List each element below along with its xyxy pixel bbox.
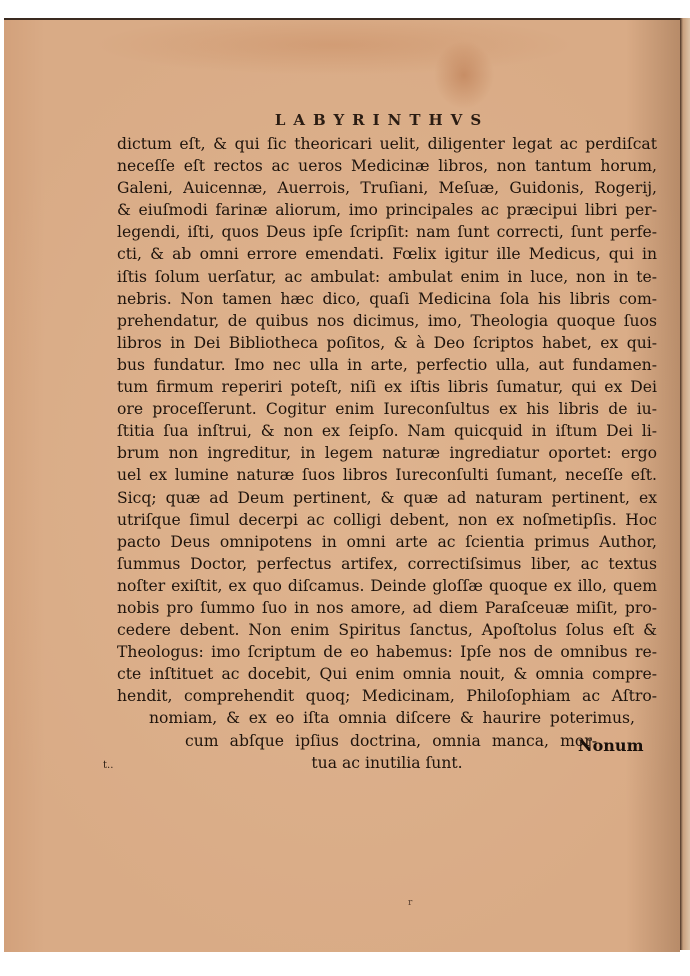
text-line-final: tua ac inutilia ſunt. (117, 752, 657, 774)
signature-mark: t.. (103, 760, 113, 771)
text-line: tum firmum reperiri poteſt, niſi ex iſti… (117, 376, 657, 398)
text-line: ſtitia ſua inſtrui, & non ex ſeipſo. Nam… (117, 420, 657, 442)
text-line: noſter exiſtit, ex quo diſcamus. Deinde … (117, 575, 657, 597)
text-line: brum non ingreditur, in legem naturæ ing… (117, 442, 657, 464)
body-text: dictum eſt, & qui ſic theoricari uelit, … (117, 133, 657, 774)
text-line: ore proceſſerunt. Cogitur enim Iureconſu… (117, 398, 657, 420)
text-line: Theologus: imo ſcriptum de eo habemus: I… (117, 641, 657, 663)
text-line: nebris. Non tamen hæc dico, quaſi Medici… (117, 288, 657, 310)
text-line: ſummus Doctor, perfectus artifex, correc… (117, 553, 657, 575)
text-line: utriſque ſimul decerpi ac colligi debent… (117, 509, 657, 531)
text-line: cedere debent. Non enim Spiritus ſanctus… (117, 619, 657, 641)
text-line-tapered: cum abſque ipſius doctrina, omnia manca,… (117, 730, 657, 752)
bottom-mark: r (408, 898, 412, 908)
catchword: Nonum (578, 736, 644, 755)
text-line: iſtis ſolum uerſatur, ac ambulat: ambula… (117, 266, 657, 288)
text-line: bus fundatur. Imo nec ulla in arte, perf… (117, 354, 657, 376)
text-line: Sicq; quæ ad Deum pertinent, & quæ ad na… (117, 487, 657, 509)
text-line: neceſſe eſt rectos ac ueros Medicinæ lib… (117, 155, 657, 177)
text-line: libros in Dei Bibliotheca poſitos, & à D… (117, 332, 657, 354)
text-line: cti, & ab omni errore emendati. Fœlix ig… (117, 243, 657, 265)
running-head: LABYRINTHVS (272, 111, 492, 129)
page-edge-gutter (680, 18, 690, 950)
text-line: cte inſtituet ac docebit, Qui enim omnia… (117, 663, 657, 685)
text-line: prehendatur, de quibus nos dicimus, imo,… (117, 310, 657, 332)
text-line: dictum eſt, & qui ſic theoricari uelit, … (117, 133, 657, 155)
text-line-tapered: nomiam, & ex eo iſta omnia diſcere & hau… (117, 707, 657, 729)
text-line: legendi, iſti, quos Deus ipſe ſcripſit: … (117, 221, 657, 243)
text-line: pacto Deus omnipotens in omni arte ac ſc… (117, 531, 657, 553)
text-line: Galeni, Auicennæ, Auerrois, Truſiani, Me… (117, 177, 657, 199)
text-line: uel ex lumine naturæ ſuos libros Iurecon… (117, 464, 657, 486)
text-line: nobis pro ſummo ſuo in nos amore, ad die… (117, 597, 657, 619)
text-line: hendit, comprehendit quoq; Medicinam, Ph… (117, 685, 657, 707)
text-line: & eiuſmodi farinæ aliorum, imo principal… (117, 199, 657, 221)
